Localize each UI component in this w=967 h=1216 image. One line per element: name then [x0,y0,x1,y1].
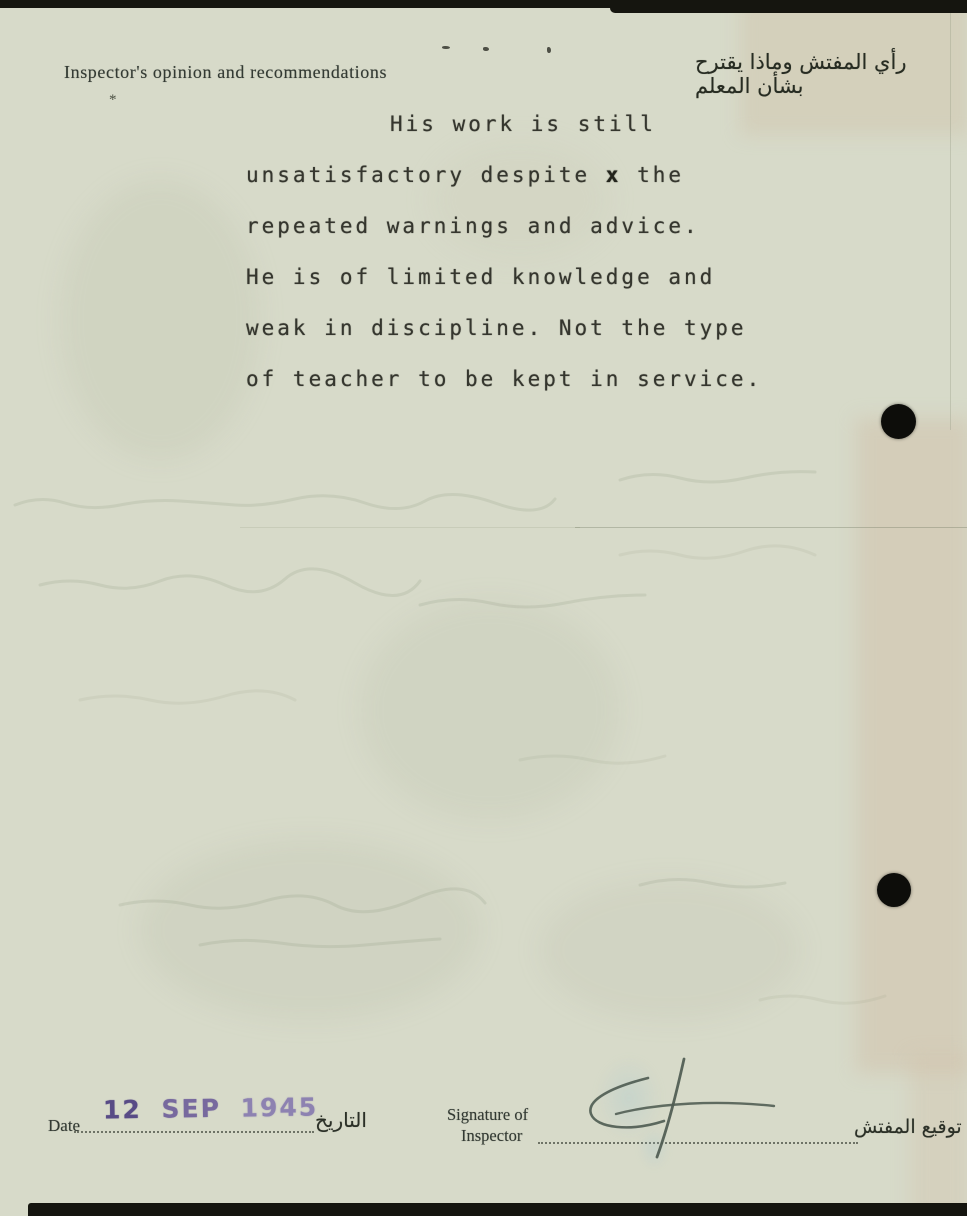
scanned-document-page: Inspector's opinion and recommendations … [0,0,967,1216]
paper-smudge [360,600,620,820]
date-stamp-year: 1945 [240,1092,318,1122]
paper-tone-band [856,418,967,1073]
paper-smudge [140,840,480,1020]
overstruck-x: x [606,163,622,187]
paper-smudge [540,880,800,1020]
remarks-line-6: of teacher to be kept in service. [246,367,762,391]
ink-smear [638,1126,670,1170]
scan-edge-top-right [610,0,967,13]
remarks-line-3: repeated warnings and advice. [246,214,700,238]
remarks-line-5: weak in discipline. Not the type [246,316,747,340]
hole-punch-top [881,404,916,439]
hole-punch-bottom [877,873,911,907]
date-stamp-month: SEP [161,1094,221,1124]
dirt-speck [442,46,450,49]
fold-line [575,527,967,528]
date-stamp-day: 12 [103,1095,142,1125]
date-label-arabic: التاريخ [315,1108,367,1132]
paper-smudge [430,140,610,260]
stray-mark: * [109,92,117,109]
signature-label-arabic: توقيع المفتش [854,1116,962,1138]
signature-dotted-line [538,1130,858,1144]
form-heading-english: Inspector's opinion and recommendations [64,62,387,83]
date-stamp: 12 SEP 1945 [103,1092,319,1124]
remarks-line-1: His work is still [390,112,656,136]
remarks-line-2-text: the [621,163,684,187]
paper-smudge [60,180,260,460]
signature-label-line2: Inspector [461,1126,522,1146]
dirt-speck [483,47,489,51]
scan-artifact-line [950,10,951,430]
scan-edge-bottom [28,1203,967,1216]
fold-line [240,527,580,528]
remarks-line-2-text: unsatisfactory despite [246,163,606,187]
dirt-speck [547,47,551,53]
remarks-line-4: He is of limited knowledge and [246,265,715,289]
remarks-line-2: unsatisfactory despite x the [246,163,684,187]
form-heading-arabic: رأي المفتش وماذا يقترح بشأن المعلم [695,50,943,98]
signature-label-line1: Signature of [447,1105,528,1125]
